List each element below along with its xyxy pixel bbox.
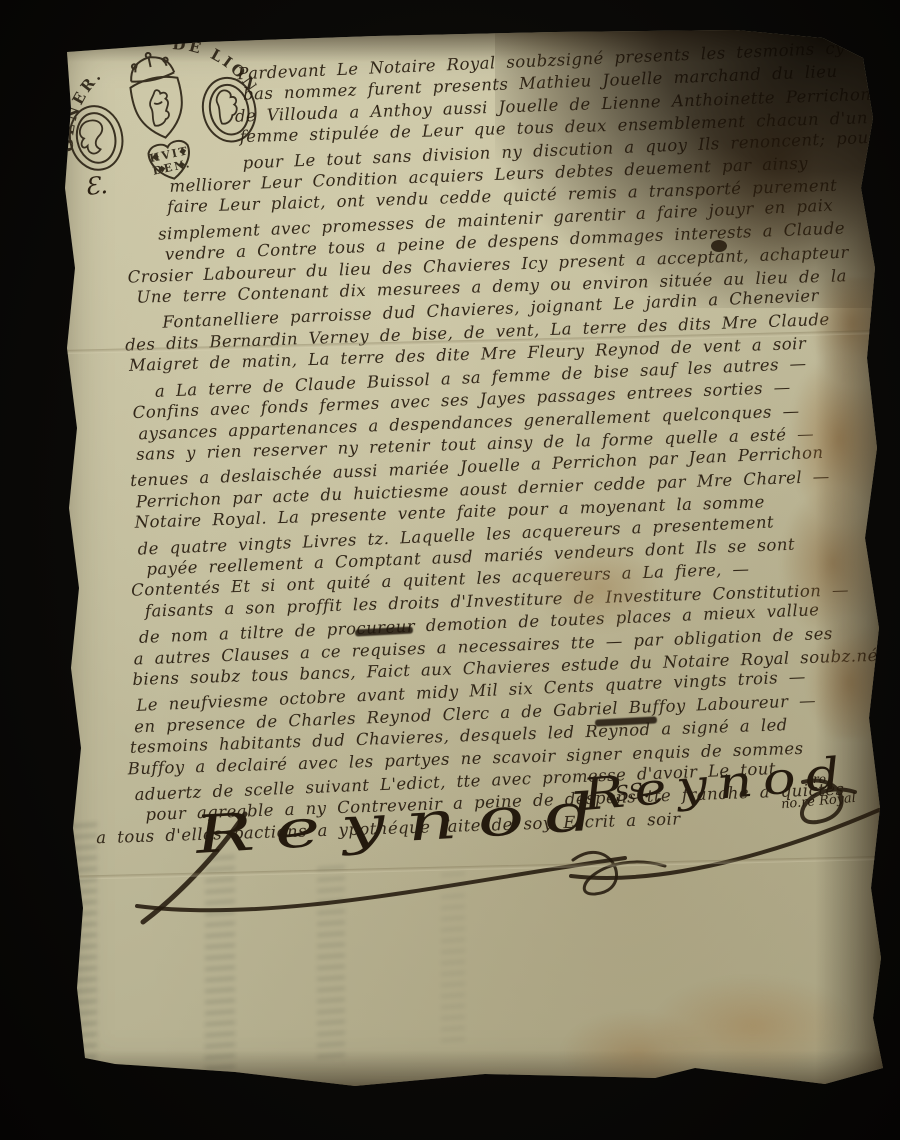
signature-right: Reynod: [583, 770, 798, 821]
signature-left: Reynod: [195, 806, 476, 866]
parchment-sheet: GENER. DE LION HVIT DEN. Ɛ. Pardevant Le…: [55, 28, 885, 1090]
ink-bleed-through: [61, 818, 97, 1080]
ink-bleed-through: [205, 850, 235, 1082]
manuscript-text: Pardevant Le Notaire Royal soubzsigné pr…: [55, 38, 900, 852]
photo-background: GENER. DE LION HVIT DEN. Ɛ. Pardevant Le…: [0, 0, 900, 1140]
signature-right-note-above: ro: [813, 772, 826, 786]
ink-blot: [711, 240, 727, 252]
edge-shadow-bottom: [55, 1050, 885, 1090]
stain-bottom-right: [555, 900, 885, 1080]
ink-bleed-through: [441, 866, 465, 1046]
ink-bleed-through: [317, 860, 345, 1064]
